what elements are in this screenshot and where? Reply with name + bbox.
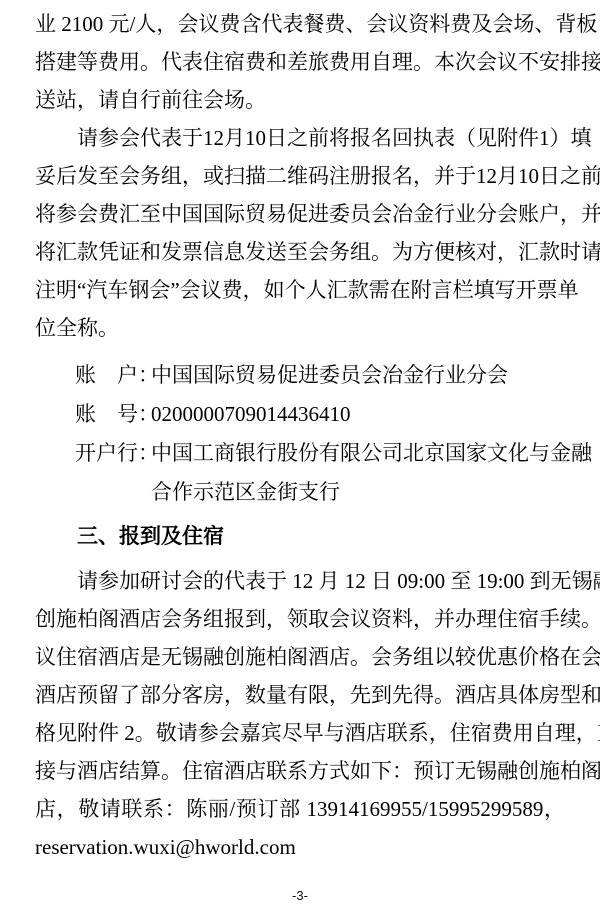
section-heading-checkin: 三、报到及住宿 (35, 518, 565, 556)
body-text-line: 格见附件 2。敬请参会嘉宾尽早与酒店联系，住宿费用自理，直 (35, 714, 565, 752)
body-text-line: 接与酒店结算。住宿酒店联系方式如下：预订无锡融创施柏阁酒 (35, 752, 565, 790)
body-text-line: 妥后发至会务组，或扫描二维码注册报名，并于12月10日之前 (35, 157, 565, 195)
page-number: -3- (0, 888, 600, 903)
body-text-line: 位全称。 (35, 309, 565, 347)
bank-branch-label: 开户行： (75, 434, 151, 473)
body-text-line: 业 2100 元/人，会议费含代表餐费、会议资料费及会场、背板 (35, 5, 565, 43)
body-text-line: 搭建等费用。代表住宿费和差旅费用自理。本次会议不安排接 (35, 43, 565, 81)
bank-account-number-row: 账 号： 0200000709014436410 (75, 395, 565, 434)
paragraph-fees: 业 2100 元/人，会议费含代表餐费、会议资料费及会场、背板 搭建等费用。代表… (35, 5, 565, 119)
body-text-line: 酒店预留了部分客房，数量有限，先到先得。酒店具体房型和价 (35, 676, 565, 714)
body-text-line: 将参会费汇至中国国际贸易促进委员会冶金行业分会账户，并 (35, 195, 565, 233)
body-text-line: 送站，请自行前往会场。 (35, 81, 565, 119)
bank-account-name-value: 中国国际贸易促进委员会冶金行业分会 (151, 356, 508, 395)
body-text-line: 创施柏阁酒店会务组报到，领取会议资料，并办理住宿手续。会 (35, 600, 565, 638)
body-text-line: 请参加研讨会的代表于 12 月 12 日 09:00 至 19:00 到无锡融 (35, 562, 565, 600)
body-text-line: 注明“汽车钢会”会议费，如个人汇款需在附言栏填写开票单 (35, 271, 565, 309)
bank-account-number-value: 0200000709014436410 (151, 395, 351, 434)
body-text-line: 议住宿酒店是无锡融创施柏阁酒店。会务组以较优惠价格在会议 (35, 638, 565, 676)
bank-branch-value-line1: 中国工商银行股份有限公司北京国家文化与金融 (151, 434, 592, 473)
body-text-line: 将汇款凭证和发票信息发送至会务组。为方便核对，汇款时请 (35, 233, 565, 271)
paragraph-checkin: 请参加研讨会的代表于 12 月 12 日 09:00 至 19:00 到无锡融 … (35, 562, 565, 866)
body-text-line: 店，敬请联系：陈丽/预订部 13914169955/15995299589， (35, 790, 565, 828)
document-page: 业 2100 元/人，会议费含代表餐费、会议资料费及会场、背板 搭建等费用。代表… (0, 0, 600, 919)
bank-account-block: 账 户： 中国国际贸易促进委员会冶金行业分会 账 号： 020000070901… (35, 356, 565, 512)
hotel-reservation-email: reservation.wuxi@hworld.com (35, 828, 565, 866)
body-text-line: 请参会代表于12月10日之前将报名回执表（见附件1）填 (35, 119, 565, 157)
bank-account-name-label: 账 户： (75, 356, 151, 395)
bank-account-name-row: 账 户： 中国国际贸易促进委员会冶金行业分会 (75, 356, 565, 395)
paragraph-registration: 请参会代表于12月10日之前将报名回执表（见附件1）填 妥后发至会务组，或扫描二… (35, 119, 565, 347)
bank-branch-row: 开户行： 中国工商银行股份有限公司北京国家文化与金融 (75, 434, 565, 473)
bank-account-number-label: 账 号： (75, 395, 151, 434)
bank-branch-value-line2: 合作示范区金街支行 (75, 473, 565, 512)
